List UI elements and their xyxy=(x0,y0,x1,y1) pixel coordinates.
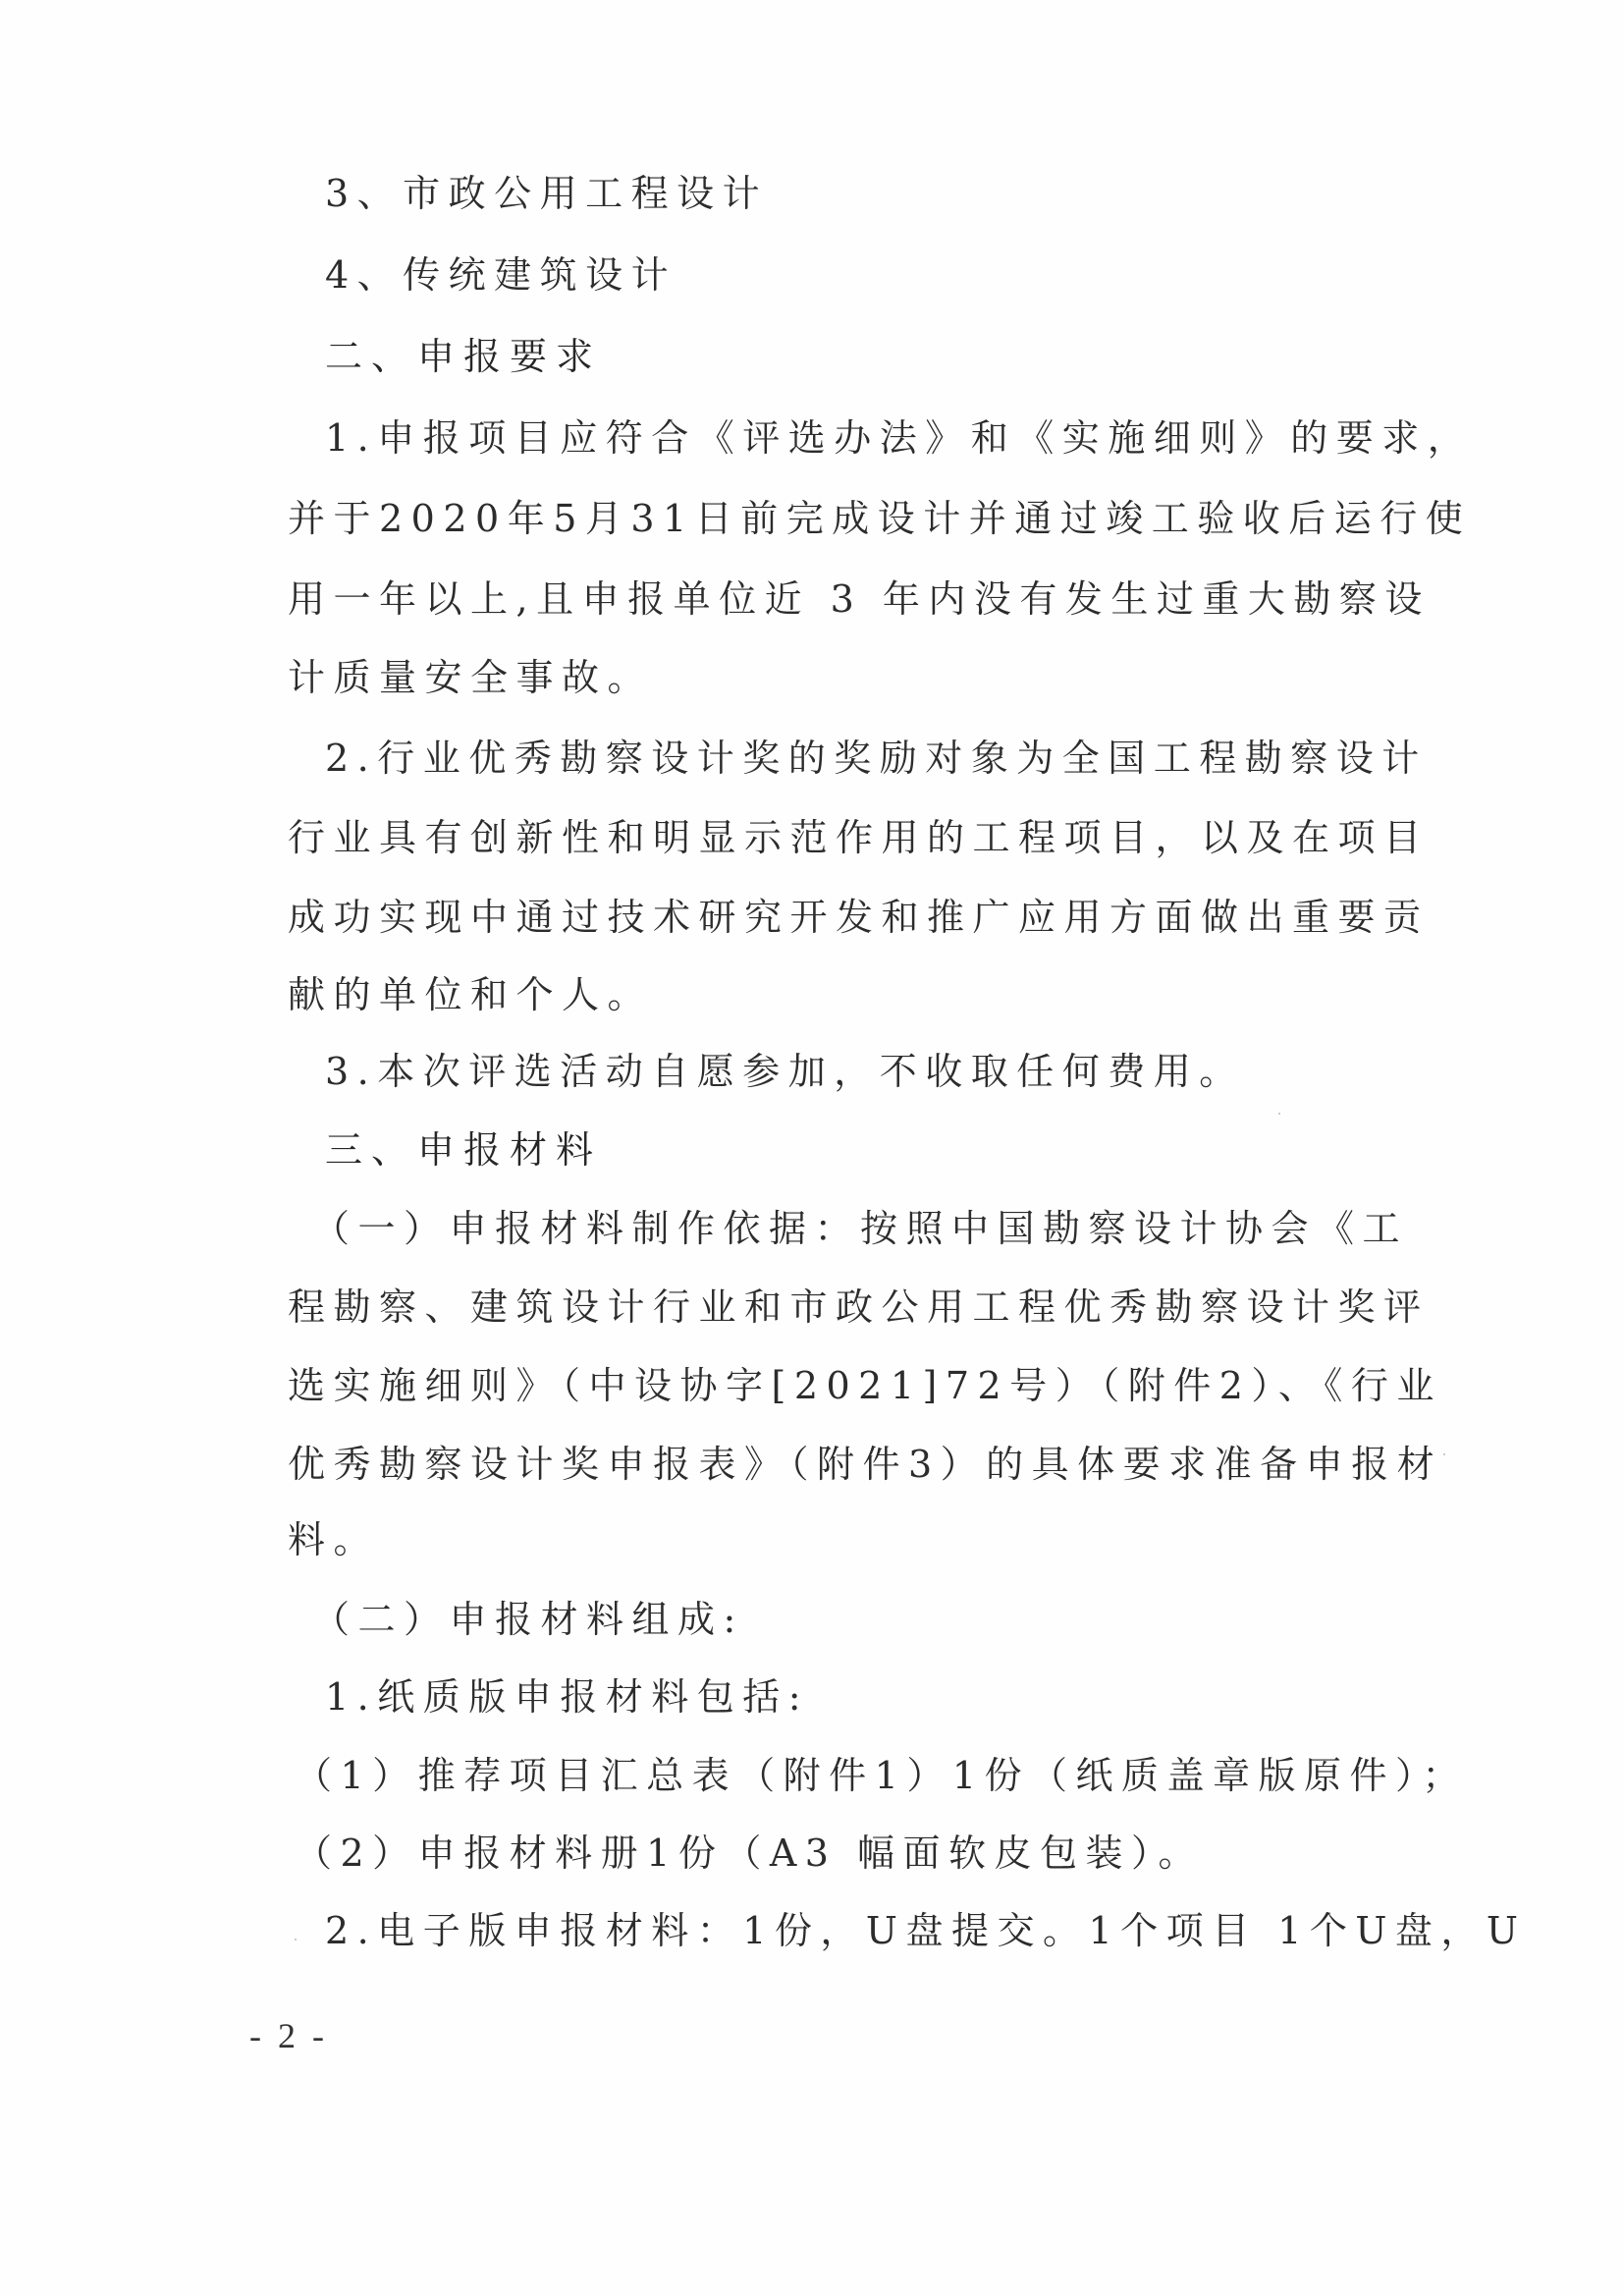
scan-speck xyxy=(1443,1453,1445,1455)
paragraph-line: 优秀勘察设计奖申报表》（附件3）的具体要求准备申报材 xyxy=(288,1440,1368,1489)
paragraph-line: 计质量安全事故。 xyxy=(288,653,653,702)
paragraph-line: （2）申报材料册1份（A3 幅面软皮包装）。 xyxy=(295,1829,1204,1878)
paragraph-line: 献的单位和个人。 xyxy=(288,970,653,1019)
paragraph-line: 4、传统建筑设计 xyxy=(325,250,676,300)
section-heading: 二、申报要求 xyxy=(325,332,602,381)
paragraph-line: （二）申报材料组成: xyxy=(312,1595,744,1644)
scan-speck xyxy=(295,1939,297,1941)
section-heading: 三、申报材料 xyxy=(325,1125,602,1175)
paragraph-line: 程勘察、建筑设计行业和市政公用工程优秀勘察设计奖评 xyxy=(288,1283,1368,1332)
paragraph-line: 选实施细则》（中设协字[2021]72号）（附件2）、《行业 xyxy=(288,1361,1368,1410)
paragraph-line: 用一年以上,且申报单位近 3 年内没有发生过重大勘察设 xyxy=(288,574,1368,624)
paragraph-line: 成功实现中通过技术研究开发和推广应用方面做出重要贡 xyxy=(288,893,1368,942)
paragraph-line: 1.纸质版申报材料包括: xyxy=(325,1672,809,1722)
paragraph-line: 2.电子版申报材料：1份，U盘提交。1个项目 1个U盘，U xyxy=(325,1906,1368,1955)
paragraph-line: 3、市政公用工程设计 xyxy=(325,169,768,218)
document-page: 3、市政公用工程设计4、传统建筑设计二、申报要求1.申报项目应符合《评选办法》和… xyxy=(0,0,1623,2296)
paragraph-line: （一）申报材料制作依据：按照中国勘察设计协会《工 xyxy=(312,1204,1408,1253)
paragraph-line: 行业具有创新性和明显示范作用的工程项目，以及在项目 xyxy=(288,813,1368,862)
paragraph-line: 2.行业优秀勘察设计奖的奖励对象为全国工程勘察设计 xyxy=(325,734,1428,783)
paragraph-line: 3.本次评选活动自愿参加，不收取任何费用。 xyxy=(325,1047,1245,1096)
scan-speck xyxy=(1278,1113,1280,1115)
paragraph-line: 1.申报项目应符合《评选办法》和《实施细则》的要求， xyxy=(325,413,1473,463)
paragraph-line: 并于2020年5月31日前完成设计并通过竣工验收后运行使 xyxy=(288,494,1368,543)
page-number: - 2 - xyxy=(249,2015,328,2056)
paragraph-line: （1）推荐项目汇总表（附件1）1份（纸质盖章版原件）； xyxy=(295,1751,1468,1800)
paragraph-line: 料。 xyxy=(288,1515,379,1564)
